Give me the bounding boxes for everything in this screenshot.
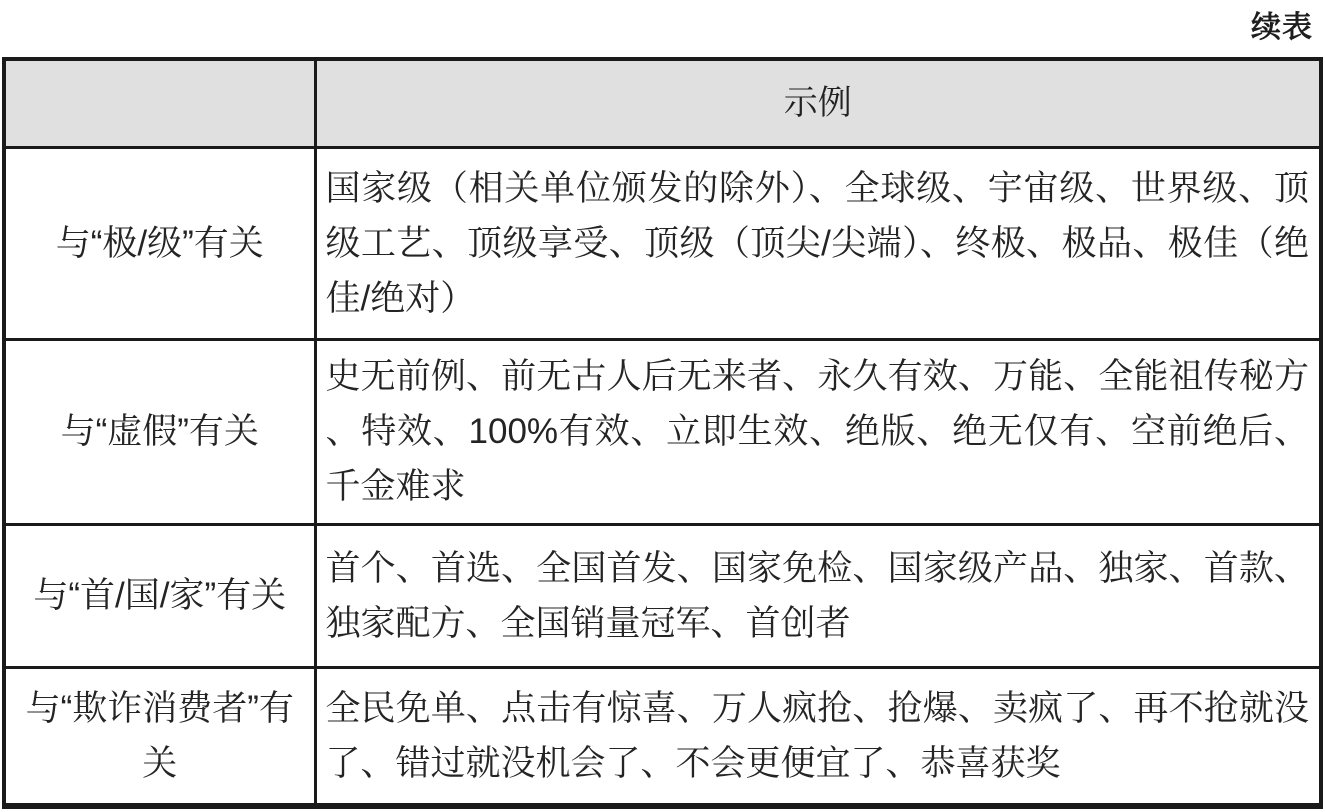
example-cell: 首个、首选、全国首发、国家免检、国家级产品、独家、首款、独家配方、全国销量冠军、… (315, 524, 1321, 667)
category-cell: 与“极/级”有关 (4, 147, 315, 339)
table-row: 与“虚假”有关 史无前例、前无古人后无来者、永久有效、万能、全能祖传秘方、特效、… (4, 339, 1321, 524)
category-cell: 与“首/国/家”有关 (4, 524, 315, 667)
category-cell: 与“欺诈消费者”有关 (4, 667, 315, 806)
category-column-header (4, 59, 315, 147)
table-header-row: 示例 (4, 59, 1321, 147)
prohibited-words-table: 示例 与“极/级”有关 国家级（相关单位颁发的除外）、全球级、宇宙级、世界级、顶… (2, 57, 1323, 809)
example-cell: 全民免单、点击有惊喜、万人疯抢、抢爆、卖疯了、再不抢就没了、错过就没机会了、不会… (315, 667, 1321, 806)
table-row: 与“极/级”有关 国家级（相关单位颁发的除外）、全球级、宇宙级、世界级、顶级工艺… (4, 147, 1321, 339)
continued-table-label: 续表 (1251, 2, 1313, 46)
document-page: 续表 示例 与“极/级”有关 国家级（相关单位颁发的除外）、全球级、宇宙级、世界… (0, 0, 1325, 812)
table-row: 与“首/国/家”有关 首个、首选、全国首发、国家免检、国家级产品、独家、首款、独… (4, 524, 1321, 667)
example-cell: 国家级（相关单位颁发的除外）、全球级、宇宙级、世界级、顶级工艺、顶级享受、顶级（… (315, 147, 1321, 339)
example-column-header: 示例 (315, 59, 1321, 147)
example-cell: 史无前例、前无古人后无来者、永久有效、万能、全能祖传秘方、特效、100%有效、立… (315, 339, 1321, 524)
category-cell: 与“虚假”有关 (4, 339, 315, 524)
table-row: 与“欺诈消费者”有关 全民免单、点击有惊喜、万人疯抢、抢爆、卖疯了、再不抢就没了… (4, 667, 1321, 806)
